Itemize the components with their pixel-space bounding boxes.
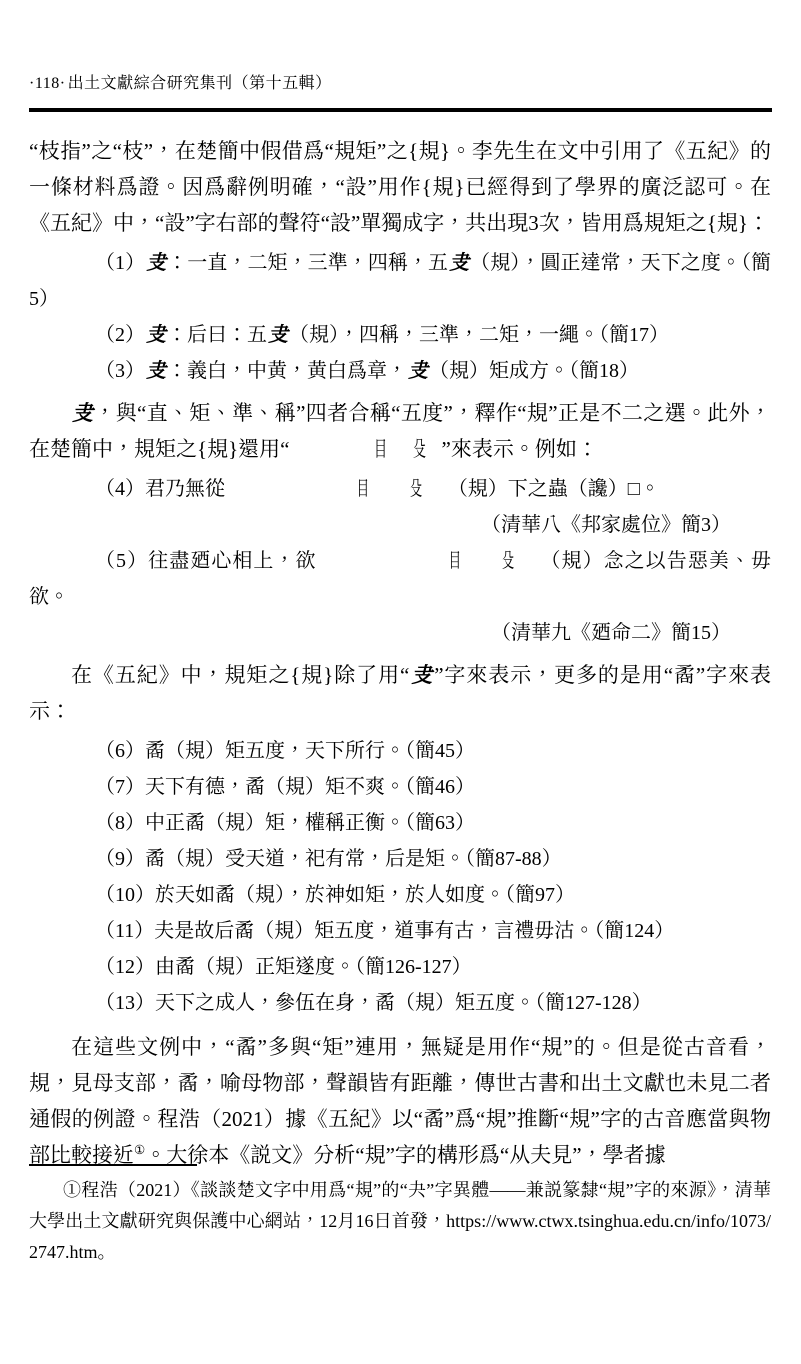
compound-glyph-mu-shu: 目殳	[225, 471, 448, 507]
footnote-1: ①程浩（2021）《談談楚文字中用爲“規”的“夬”字異體——兼説篆隸“規”字的來…	[29, 1175, 771, 1268]
example-8: （8）中正矞（規）矩，權稱正衡。（簡63）	[29, 805, 771, 841]
examples-group-c: （6）矞（規）矩五度，天下所行。（簡45） （7）天下有德，矞（規）矩不爽。（簡…	[29, 733, 771, 1021]
page-number: ·118·	[29, 75, 66, 92]
example-5-source: （清華九《廼命二》簡15）	[29, 615, 771, 651]
chu-slip-glyph-guai: 叏	[145, 324, 167, 346]
compound-glyph-mu-shu: 目殳	[289, 431, 441, 467]
chu-slip-glyph-guai: 叏	[267, 324, 289, 346]
example-13: （13）天下之成人，參伍在身，矞（規）矩五度。（簡127-128）	[29, 985, 771, 1021]
example-7: （7）天下有德，矞（規）矩不爽。（簡46）	[29, 769, 771, 805]
example-11: （11）夫是故后矞（規）矩五度，道事有古，言禮毋沽。（簡124）	[29, 913, 771, 949]
compound-glyph-mu-shu: 目殳	[317, 543, 540, 579]
example-12: （12）由矞（規）正矩遂度。（簡126-127）	[29, 949, 771, 985]
example-4: （4）君乃無從目殳（規）下之蟲（讒）□。	[29, 471, 771, 507]
chu-slip-glyph-guai: 叏	[145, 360, 167, 382]
example-5: （5）往盡廼心相上，欲目殳（規）念之以告惡美、毋欲。	[29, 543, 771, 615]
journal-title: 出土文獻綜合研究集刊（第十五輯）	[68, 75, 332, 92]
example-6: （6）矞（規）矩五度，天下所行。（簡45）	[29, 733, 771, 769]
page-header: ·118·出土文獻綜合研究集刊（第十五輯）	[29, 74, 772, 112]
footnote-area: ①程浩（2021）《談談楚文字中用爲“規”的“夬”字異體——兼説篆隸“規”字的來…	[29, 1164, 771, 1268]
example-4-source: （清華八《邦家處位》簡3）	[29, 507, 771, 543]
example-1: （1）叏：一直，二矩，三準，四稱，五叏（規），圓正達常，天下之度。（簡5）	[29, 245, 771, 317]
chu-slip-glyph-guai: 叏	[71, 401, 94, 425]
example-10: （10）於天如矞（規），於神如矩，於人如度。（簡97）	[29, 877, 771, 913]
chu-slip-glyph-guai: 叏	[409, 663, 434, 687]
chu-slip-glyph-guai: 叏	[145, 252, 167, 274]
paragraph-duan: 叏，與“直、矩、準、稱”四者合稱“五度”，釋作“規”正是不二之選。此外，在楚簡中…	[29, 395, 771, 467]
paragraph-discussion: 在這些文例中，“矞”多與“矩”連用，無疑是用作“規”的。但是從古音看，規，見母支…	[29, 1029, 771, 1173]
footnote-ref-1: ①	[134, 1143, 145, 1157]
chu-slip-glyph-guai: 叏	[407, 360, 429, 382]
footnote-separator	[29, 1164, 197, 1166]
examples-group-b: （4）君乃無從目殳（規）下之蟲（讒）□。 （清華八《邦家處位》簡3） （5）往盡…	[29, 471, 771, 651]
article-body: “枝指”之“枝”，在楚簡中假借爲“規矩”之{規}。李先生在文中引用了《五紀》的一…	[29, 133, 771, 1173]
chu-slip-glyph-guai: 叏	[448, 252, 470, 274]
example-3: （3）叏：義白，中黄，黄白爲章，叏（規）矩成方。（簡18）	[29, 353, 771, 389]
paragraph-intro: “枝指”之“枝”，在楚簡中假借爲“規矩”之{規}。李先生在文中引用了《五紀》的一…	[29, 133, 771, 241]
journal-page: ·118·出土文獻綜合研究集刊（第十五輯） “枝指”之“枝”，在楚簡中假借爲“規…	[0, 0, 801, 1364]
examples-group-a: （1）叏：一直，二矩，三準，四稱，五叏（規），圓正達常，天下之度。（簡5） （2…	[29, 245, 771, 389]
paragraph-yu: 在《五紀》中，規矩之{規}除了用“叏”字來表示，更多的是用“矞”字來表示：	[29, 657, 771, 729]
example-9: （9）矞（規）受天道，祀有常，后是矩。（簡87-88）	[29, 841, 771, 877]
example-2: （2）叏：后曰：五叏（規），四稱，三準，二矩，一繩。（簡17）	[29, 317, 771, 353]
